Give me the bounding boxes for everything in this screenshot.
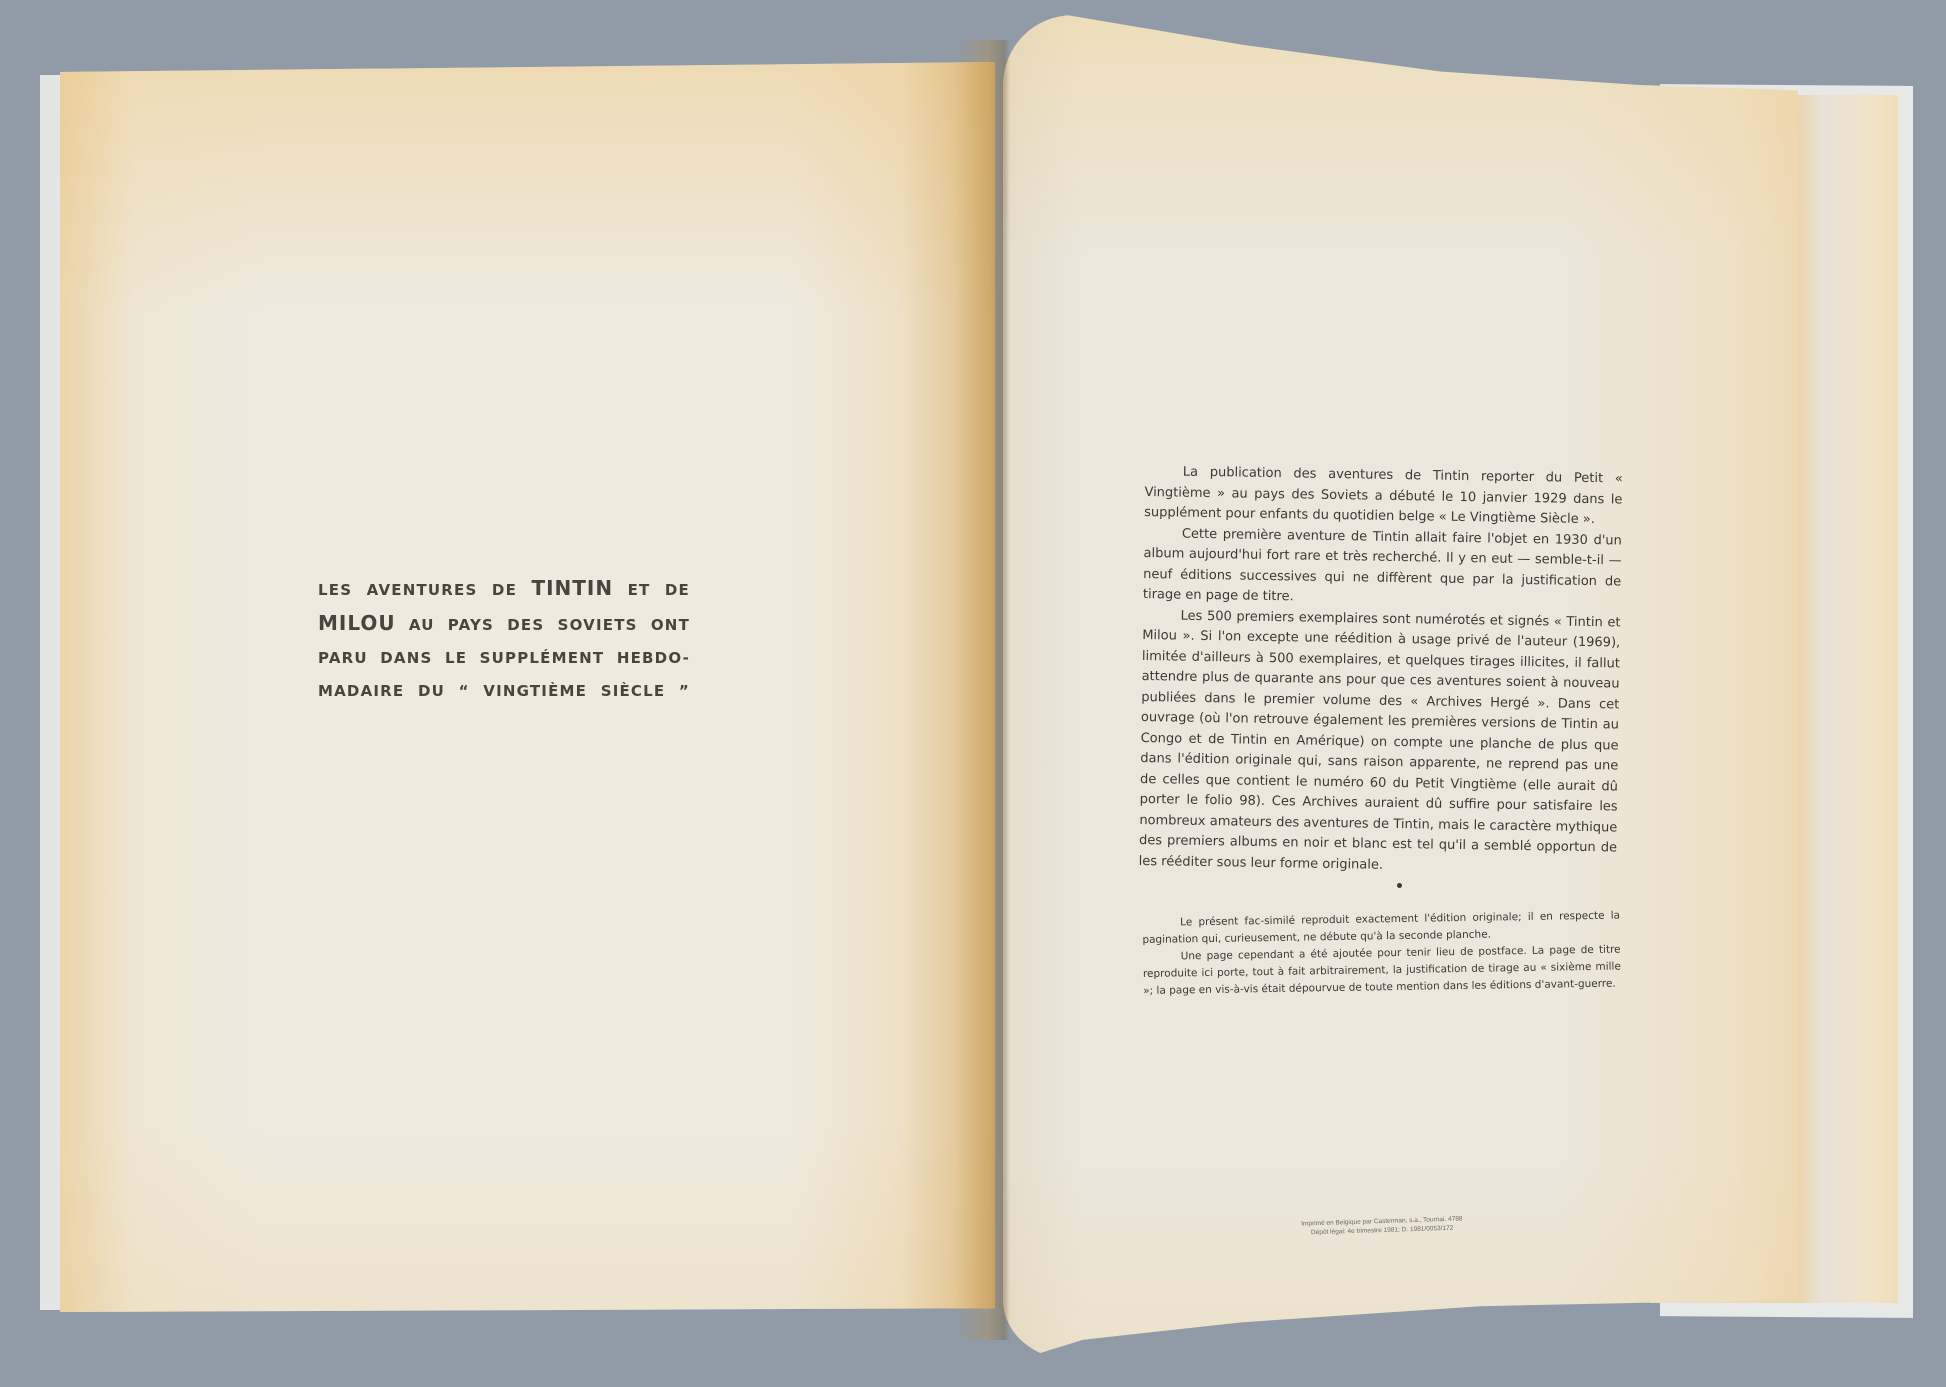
- paragraph-publication: La publication des aventures de Tintin r…: [1144, 462, 1623, 531]
- right-page-body: La publication des aventures de Tintin r…: [1139, 462, 1623, 879]
- caption-line-1: Les aventures de Tintin et de: [318, 572, 690, 607]
- caption-line-4: madaire du “ Vingtième siècle ”: [318, 675, 690, 708]
- caption-line-3: paru dans le supplément hebdo-: [318, 642, 690, 675]
- facsimile-note: Le présent fac-similé reproduit exacteme…: [1142, 907, 1621, 999]
- separator-bullet: [1397, 883, 1402, 888]
- paragraph-first-copies: Les 500 premiers exemplaires sont numéro…: [1139, 605, 1621, 879]
- note-paragraph-2: Une page cependant a été ajoutée pour te…: [1143, 941, 1622, 1000]
- left-page-caption: Les aventures de Tintin et de Milou au p…: [318, 572, 690, 708]
- caption-line-2: Milou au pays des soviets ont: [318, 607, 690, 642]
- book-spine-gutter: [955, 40, 1010, 1340]
- paragraph-first-album: Cette première aventure de Tintin allait…: [1143, 523, 1622, 612]
